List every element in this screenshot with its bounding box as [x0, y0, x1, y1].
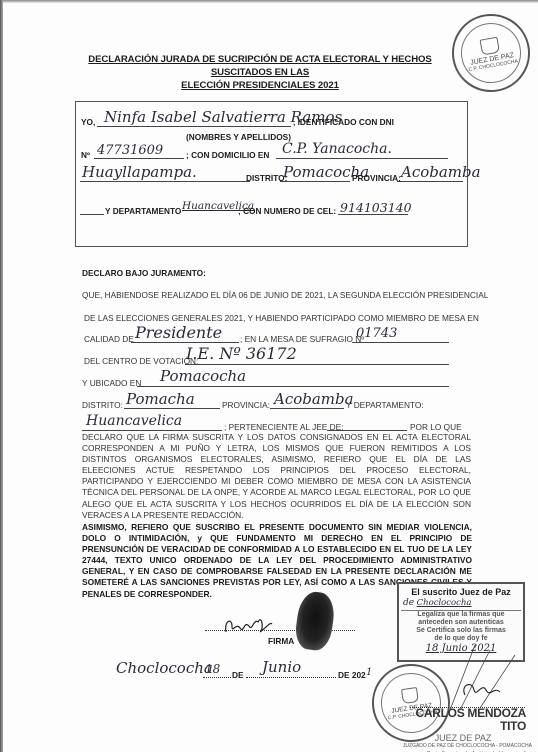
- role-underline: [131, 342, 239, 343]
- title-line-2: ELECCIÓN PRESIDENCIALES 2021: [60, 79, 460, 92]
- decl-province-field[interactable]: Acobamba: [274, 390, 354, 408]
- domicile-label: ; CON DOMICILIO EN: [186, 150, 269, 160]
- legal-line-3: Legaliza que la firmas que: [399, 611, 523, 619]
- department-pre-underline: [80, 214, 104, 215]
- day-line: [203, 677, 231, 678]
- located-label: Y UBICADO EN: [82, 378, 141, 388]
- province-underline: [397, 181, 463, 182]
- dni-field[interactable]: 47731609: [97, 143, 163, 158]
- legal-line-1: El suscrito Juez de Paz: [399, 587, 523, 597]
- legal-line-4: anteceden son autenticas: [399, 619, 523, 627]
- located-underline: [137, 386, 449, 387]
- coat-of-arms-icon-bottom: [401, 687, 419, 704]
- stamp-top-sub: C.P. CHOCLOCOCHA: [468, 58, 518, 73]
- decl-district-underline: [124, 408, 220, 409]
- mesa-field[interactable]: 01743: [356, 326, 397, 341]
- scan-edge-top: [0, 0, 538, 3]
- stamp-top-center: JUEZ DE PAZ: [470, 52, 515, 67]
- judge-title: JUEZ DE PAZ: [388, 733, 538, 743]
- domicile-underline: [276, 158, 448, 159]
- decl-department-underline: [82, 430, 222, 431]
- mesa-underline: [352, 342, 449, 343]
- declaration-line-2: DE LAS ELECCIONES GENERALES 2021, Y HABI…: [84, 313, 479, 323]
- decl-department-label: Y DEPARTAMENTO:: [346, 400, 424, 410]
- legal-de: de: [403, 598, 414, 608]
- legal-place-field[interactable]: Choclococha: [417, 598, 472, 608]
- coat-of-arms-icon: [479, 36, 500, 55]
- located-field[interactable]: Pomacocha: [160, 367, 246, 385]
- de-label-1: DE: [232, 670, 244, 680]
- title-line-1: DECLARACIÓN JURADA DE SUCRIPCIÓN DE ACTA…: [60, 53, 460, 79]
- jee-underline: [327, 430, 407, 431]
- decl-province-label: PROVINCIA:: [222, 400, 270, 410]
- judge-jurisdiction: JUZGADO DE PAZ DE CHOCLOCOCHA - POMACOCH…: [388, 743, 538, 750]
- role-label: CALIDAD DE: [84, 334, 134, 344]
- role-field[interactable]: Presidente: [135, 323, 222, 342]
- domicile-field[interactable]: C.P. Yanacocha.: [282, 141, 392, 157]
- yo-label: YO,: [81, 117, 95, 127]
- center-field[interactable]: I.E. Nº 36172: [186, 344, 297, 363]
- judge-block: CARLOS MENDOZA TITO JUEZ DE PAZ JUZGADO …: [388, 707, 538, 752]
- mesa-label: ; EN LA MESA DE SUFRAGIO Nº: [240, 334, 364, 344]
- declaration-body: DECLARO QUE LA FIRMA SUSCRITA Y LOS DATO…: [82, 432, 471, 521]
- domicile2-underline: [80, 181, 250, 182]
- signature-line: [205, 630, 355, 631]
- legal-line-2: de Choclococha: [403, 597, 523, 608]
- month-field[interactable]: Junio: [262, 658, 301, 676]
- decl-province-underline: [270, 408, 344, 409]
- name-caption: (NOMBRES Y APELLIDOS): [186, 132, 291, 142]
- declaration-heading: DECLARO BAJO JURAMENTO:: [82, 268, 206, 278]
- center-underline: [185, 364, 449, 365]
- por-lo-que: POR LO QUE: [410, 422, 462, 432]
- dni-label: Nº: [81, 150, 90, 160]
- province-label: PROVINCIA:: [352, 173, 401, 183]
- phone-field[interactable]: 914103140: [340, 200, 412, 215]
- judge-name: CARLOS MENDOZA TITO: [388, 707, 538, 733]
- place-field[interactable]: Choclococha: [116, 659, 213, 677]
- declaration-line-1: QUE, HABIENDOSE REALIZADO EL DÍA 06 DE J…: [82, 290, 488, 300]
- year-suffix-field[interactable]: 1: [366, 667, 372, 678]
- day-field[interactable]: 18: [205, 662, 220, 676]
- dni-underline: [94, 158, 184, 159]
- department-label: Y DEPARTAMENTO: [105, 206, 181, 216]
- domicile-field-2[interactable]: Huayllapampa.: [82, 163, 197, 181]
- district-underline: [280, 181, 350, 182]
- identified-label: , IDENTIFICADO CON DNI: [293, 117, 394, 127]
- name-underline: [97, 126, 291, 127]
- jee-label: ; PERTENECIENTE AL JEE DE:: [224, 422, 343, 432]
- phone-label: ; CON NUMERO DE CEL:: [238, 206, 336, 216]
- judge-signature-icon: [430, 640, 530, 715]
- signature-scribble-icon: [222, 612, 274, 640]
- document-title: DECLARACIÓN JURADA DE SUCRIPCIÓN DE ACTA…: [60, 53, 460, 92]
- province-field[interactable]: Acobamba: [401, 163, 481, 181]
- firma-label: FIRMA: [268, 636, 294, 646]
- decl-district-label: DISTRITO:: [82, 400, 123, 410]
- scan-edge-left: [0, 0, 3, 752]
- legal-line-5: Se Certifica solo las firmas: [399, 627, 523, 635]
- de-label-2: DE 202: [338, 670, 366, 680]
- month-line: [246, 677, 336, 678]
- decl-department-field[interactable]: Huancavelica: [86, 413, 182, 429]
- center-label: DEL CENTRO DE VOTACIÓN:: [84, 356, 198, 366]
- decl-district-field[interactable]: Pomacha: [126, 390, 195, 408]
